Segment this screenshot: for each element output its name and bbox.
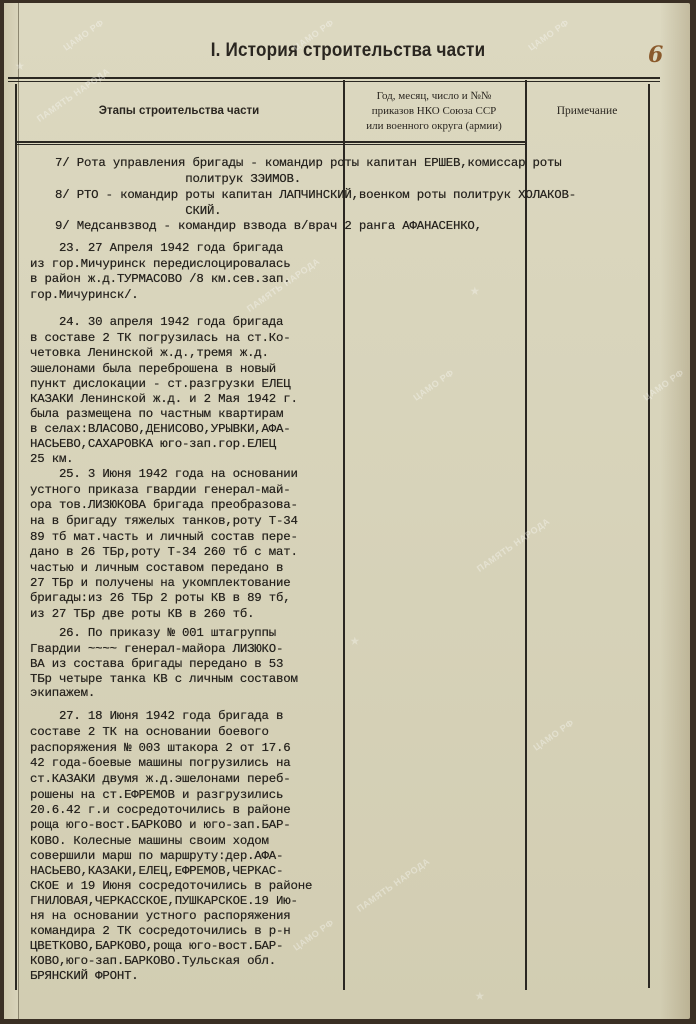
entry-line: 27. 18 Июня 1942 года бригада в bbox=[30, 709, 283, 723]
column-header-orders-text: Год, месяц, число и №№ приказов НКО Союз… bbox=[366, 89, 502, 134]
unit-line-8-cont: СКИЙ. bbox=[55, 204, 221, 218]
column-divider-2 bbox=[525, 80, 527, 990]
column-divider-1 bbox=[343, 80, 345, 990]
entry-line: 26. По приказу № 001 штагруппы bbox=[30, 626, 276, 640]
entry-line: 42 года-боевые машины погрузились на bbox=[30, 756, 290, 770]
table-right-border bbox=[648, 84, 650, 988]
column-header-notes-label: Примечание bbox=[557, 105, 618, 117]
entry-line: рошены на ст.ЕФРЕМОВ и разгрузились bbox=[30, 788, 283, 802]
entry-line: НАСЬЕВО,САХАРОВКА юго-зап.гор.ЕЛЕЦ bbox=[30, 437, 276, 451]
entry-line: 24. 30 апреля 1942 года бригада bbox=[30, 315, 283, 329]
entry-line: ня на основании устного распоряжения bbox=[30, 909, 290, 923]
entry-line: 27 ТБр и получены на укомплектование bbox=[30, 576, 290, 590]
entry-line: НАСЬЕВО,КАЗАКИ,ЕЛЕЦ,ЕФРЕМОВ,ЧЕРКАС- bbox=[30, 864, 283, 878]
entry-line: командира 2 ТК сосредоточились в р-н bbox=[30, 924, 290, 938]
header-bottom-rule bbox=[16, 141, 526, 143]
entry-line: ЦВЕТКОВО,БАРКОВО,роща юго-вост.БАР- bbox=[30, 939, 283, 953]
entry-line: КАЗАКИ Ленинской ж.д. и 2 Мая 1942 г. bbox=[30, 392, 298, 406]
column-header-orders-line: приказов НКО Союза ССР bbox=[366, 104, 502, 119]
column-header-orders: Год, месяц, число и №№ приказов НКО Союз… bbox=[345, 82, 523, 140]
entry-line: ВА из состава бригады передано в 53 bbox=[30, 657, 283, 671]
entry-line: ст.КАЗАКИ двумя ж.д.эшелонами переб- bbox=[30, 772, 290, 786]
column-header-notes: Примечание bbox=[527, 82, 647, 140]
entry-line: ора тов.ЛИЗЮКОВА бригада преобразова- bbox=[30, 498, 298, 512]
entry-line: экипажем. bbox=[30, 686, 95, 700]
entry-line: 25 км. bbox=[30, 452, 73, 466]
entry-line: в селах:ВЛАСОВО,ДЕНИСОВО,УРЫВКИ,АФА- bbox=[30, 422, 290, 436]
entry-line: СКОЕ и 19 Июня сосредоточились в районе bbox=[30, 879, 312, 893]
entry-line: ТБр четыре танка КВ с личным составом bbox=[30, 672, 298, 686]
entry-line: была размещена по частным квартирам bbox=[30, 407, 283, 421]
entry-line: дано в 26 ТБр,роту Т-34 260 тб с мат. bbox=[30, 545, 298, 559]
entry-line: из гор.Мичуринск передислоцировалась bbox=[30, 257, 290, 271]
entry-line: составе 2 ТК на основании боевого bbox=[30, 725, 269, 739]
entry-line: в район ж.д.ТУРМАСОВО /8 км.сев.зап. bbox=[30, 272, 290, 286]
entry-line: 89 тб мат.часть и личный состав пере- bbox=[30, 530, 298, 544]
unit-line-7-cont: политрук ЗЭИМОВ. bbox=[55, 172, 301, 186]
entry-line: бригады:из 26 ТБр 2 роты КВ в 89 тб, bbox=[30, 591, 290, 605]
table-left-border bbox=[15, 84, 17, 990]
page-binding-edge bbox=[4, 3, 19, 1019]
entry-line: Гвардии ~~~~ генерал-майора ЛИЗЮКО- bbox=[30, 642, 283, 656]
entry-line: распоряжения № 003 штакора 2 от 17.6 bbox=[30, 741, 290, 755]
entry-line: 20.6.42 г.и сосредоточились в районе bbox=[30, 803, 290, 817]
column-header-orders-line: Год, месяц, число и №№ bbox=[366, 89, 502, 104]
handwritten-page-number: 6 bbox=[648, 42, 663, 68]
column-header-orders-line: или военного округа (армии) bbox=[366, 119, 502, 134]
entry-line: БРЯНСКИЙ ФРОНТ. bbox=[30, 969, 139, 983]
column-header-stages: Этапы строительства части bbox=[16, 82, 342, 140]
entry-line: эшелонами была переброшена в новый bbox=[30, 362, 276, 376]
header-bottom-rule-2 bbox=[16, 144, 526, 145]
entry-line: четовка Ленинской ж.д.,тремя ж.д. bbox=[30, 346, 269, 360]
entry-line: частью и личным составом передано в bbox=[30, 561, 283, 575]
entry-line: гор.Мичуринск/. bbox=[30, 288, 139, 302]
entry-line: совершили марш по маршруту:дер.АФА- bbox=[30, 849, 283, 863]
entry-line: из 27 ТБр две роты КВ в 260 тб. bbox=[30, 607, 254, 621]
entry-line: роща юго-вост.БАРКОВО и юго-зап.БАР- bbox=[30, 818, 290, 832]
page-title: I. История строительства части bbox=[35, 40, 661, 62]
header-top-rule bbox=[8, 77, 660, 79]
entry-line: 23. 27 Апреля 1942 года бригада bbox=[30, 241, 283, 255]
entry-line: КОВО. Колесные машины своим ходом bbox=[30, 834, 269, 848]
entry-line: пункт дислокации - ст.разгрузки ЕЛЕЦ bbox=[30, 377, 290, 391]
entry-line: на в бригаду тяжелых танков,роту Т-34 bbox=[30, 514, 298, 528]
column-header-stages-label: Этапы строительства части bbox=[99, 105, 259, 117]
entry-line: устного приказа гвардии генерал-май- bbox=[30, 483, 290, 497]
entry-line: КОВО,юго-зап.БАРКОВО.Тульская обл. bbox=[30, 954, 276, 968]
unit-line-9: 9/ Медсанвзвод - командир взвода в/врач … bbox=[55, 219, 482, 233]
entry-line: ГНИЛОВАЯ,ЧЕРКАССКОЕ,ПУШКАРСКОЕ.19 Ию- bbox=[30, 894, 298, 908]
page-shadow bbox=[660, 3, 690, 1019]
unit-line-8: 8/ РТО - командир роты капитан ЛАПЧИНСКИ… bbox=[55, 188, 576, 202]
entry-line: в составе 2 ТК погрузилась на ст.Ко- bbox=[30, 331, 290, 345]
entry-line: 25. 3 Июня 1942 года на основании bbox=[30, 467, 298, 481]
unit-line-7: 7/ Рота управления бригады - командир ро… bbox=[55, 156, 562, 170]
